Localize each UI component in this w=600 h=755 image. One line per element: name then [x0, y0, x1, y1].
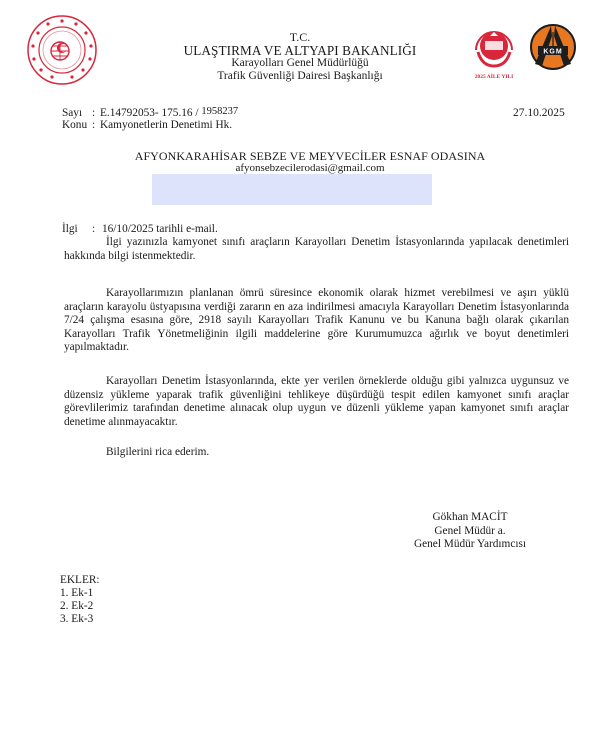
addressee: AFYONKARAHİSAR SEBZE VE MEYVECİLER ESNAF… [100, 150, 520, 174]
paragraph-3: Karayolları Denetim İstasyonlarında, ekt… [64, 375, 569, 429]
letterhead: T.C. ULAŞTIRMA VE ALTYAPI BAKANLIĞI Kara… [150, 31, 450, 83]
sayi-label: Sayı [62, 107, 92, 119]
kgm-logo-icon: KGM [530, 24, 576, 70]
sayi-separator: : [92, 107, 100, 119]
konu-value: Kamyonetlerin Denetimi Hk. [100, 119, 232, 131]
ilgi-separator: : [92, 223, 102, 235]
konu-row: Konu:Kamyonetlerin Denetimi Hk. [62, 119, 232, 131]
signatory-title-2: Genel Müdür Yardımcısı [360, 538, 580, 552]
attachment-item[interactable]: 3. Ek-3 [60, 613, 100, 626]
svg-text:2025 AİLE YILI: 2025 AİLE YILI [475, 73, 514, 80]
signature-block: Gökhan MACİT Genel Müdür a. Genel Müdür … [360, 511, 580, 552]
paragraph-1: İlgi yazınızla kamyonet sınıfı araçların… [64, 236, 569, 263]
document-date: 27.10.2025 [513, 107, 565, 119]
family-year-2025-icon: 2025 AİLE YILI [470, 24, 518, 82]
header-directorate: Karayolları Genel Müdürlüğü [150, 57, 450, 70]
ministry-seal-icon [26, 14, 98, 86]
attachment-item[interactable]: 1. Ek-1 [60, 587, 100, 600]
signatory-title-1: Genel Müdür a. [360, 525, 580, 539]
konu-separator: : [92, 119, 100, 131]
attachment-item[interactable]: 2. Ek-2 [60, 600, 100, 613]
header-ministry: ULAŞTIRMA VE ALTYAPI BAKANLIĞI [150, 44, 450, 57]
sayi-value: E.14792053- 175.16 / [100, 107, 199, 119]
addressee-name: AFYONKARAHİSAR SEBZE VE MEYVECİLER ESNAF… [100, 150, 520, 162]
ilgi-value: 16/10/2025 tarihli e-mail. [102, 223, 218, 235]
ilgi-row: İlgi:16/10/2025 tarihli e-mail. [62, 223, 218, 235]
paragraph-2: Karayollarımızın planlanan ömrü süresinc… [64, 287, 569, 355]
header-department: Trafik Güvenliği Dairesi Başkanlığı [150, 70, 450, 83]
ilgi-label: İlgi [62, 223, 92, 235]
addressee-email: afyonsebzecilerodasi@gmail.com [100, 162, 520, 174]
redacted-area [152, 174, 432, 205]
svg-text:KGM: KGM [543, 49, 562, 56]
closing-line: Bilgilerini rica ederim. [106, 446, 209, 458]
attachments-heading: EKLER: [60, 574, 100, 587]
attachments-list: EKLER: 1. Ek-1 2. Ek-2 3. Ek-3 [60, 574, 100, 626]
sayi-number: 1958237 [201, 106, 238, 117]
signatory-name: Gökhan MACİT [360, 511, 580, 525]
konu-label: Konu [62, 119, 92, 131]
